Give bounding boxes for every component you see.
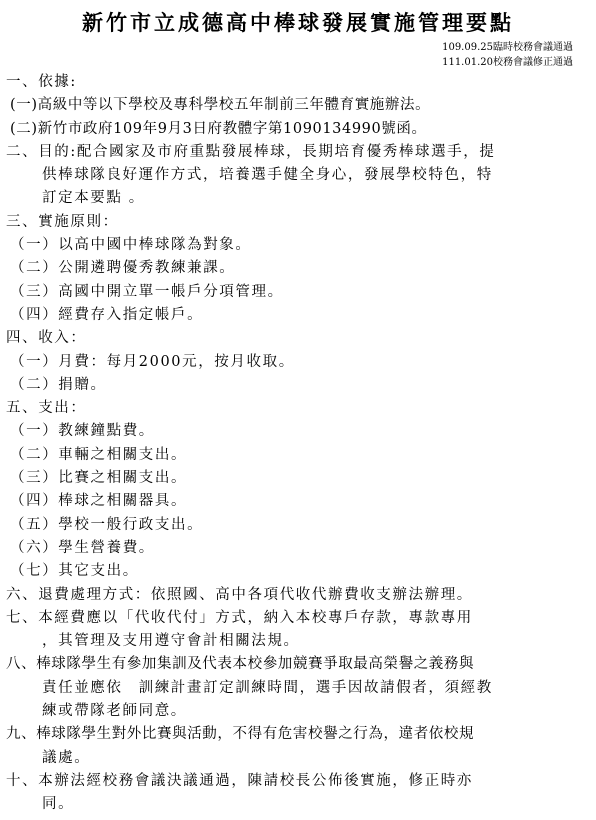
- section-2-purpose-cont-1: 供棒球隊良好運作方式，培養選手健全身心，發展學校特色，特: [6, 164, 586, 187]
- section-4-heading: 四、收入：: [6, 327, 586, 350]
- document-page: 新竹市立成德高中棒球發展實施管理要點 109.09.25臨時校務會議通過 111…: [0, 0, 596, 820]
- approval-date-2: 111.01.20校務會議修正通過: [442, 56, 573, 70]
- principle-item-1: （一）以高中國中棒球隊為對象。: [6, 234, 586, 257]
- income-item-1: （一）月費：每月2000元，按月收取。: [6, 351, 586, 374]
- section-10-enactment-cont: 同。: [6, 793, 586, 816]
- section-2-purpose-cont-2: 訂定本要點 。: [6, 187, 586, 210]
- section-8-duties-cont-1: 責任並應依 訓練計畫訂定訓練時間，選手因故請假者，須經教: [6, 677, 586, 700]
- principle-item-4: （四）經費存入指定帳戶。: [6, 304, 586, 327]
- expense-item-3: （三）比賽之相關支出。: [6, 467, 586, 490]
- expense-item-2: （二）車輛之相關支出。: [6, 444, 586, 467]
- section-1-heading: 一、依據:: [6, 71, 586, 94]
- principle-item-3: （三）高國中開立單一帳戶分項管理。: [6, 281, 586, 304]
- expense-item-5: （五）學校一般行政支出。: [6, 514, 586, 537]
- income-item-2: （二）捐贈。: [6, 374, 586, 397]
- document-body: 一、依據: (一)高級中等以下學校及專科學校五年制前三年體育實施辦法。 (二)新…: [6, 71, 586, 817]
- expense-item-4: （四）棒球之相關器具。: [6, 490, 586, 513]
- section-8-duties: 八、棒球隊學生有參加集訓及代表本校參加競賽爭取最高榮譽之義務與: [6, 653, 586, 676]
- section-8-duties-cont-2: 練或帶隊老師同意。: [6, 700, 586, 723]
- section-7-funds-cont: ，其管理及支用遵守會計相關法規。: [6, 630, 586, 653]
- section-7-funds: 七、本經費應以「代收代付」方式，納入本校專戶存款，專款專用: [6, 607, 586, 630]
- section-9-conduct: 九、棒球隊學生對外比賽與活動，不得有危害校譽之行為，違者依校規: [6, 723, 586, 746]
- expense-item-1: （一）教練鐘點費。: [6, 420, 586, 443]
- expense-item-7: （七）其它支出。: [6, 560, 586, 583]
- section-9-conduct-cont: 議處。: [6, 747, 586, 770]
- basis-item-2: (二)新竹市政府109年9月3日府教體字第1090134990號函。: [6, 118, 586, 141]
- section-10-enactment: 十、本辦法經校務會議決議通過，陳請校長公佈後實施，修正時亦: [6, 770, 586, 793]
- section-2-purpose: 二、目的:配合國家及市府重點發展棒球，長期培育優秀棒球選手，提: [6, 141, 586, 164]
- section-3-heading: 三、實施原則：: [6, 211, 586, 234]
- principle-item-2: （二）公開遴聘優秀教練兼課。: [6, 257, 586, 280]
- approval-date-1: 109.09.25臨時校務會議通過: [442, 41, 573, 55]
- basis-item-1: (一)高級中等以下學校及專科學校五年制前三年體育實施辦法。: [6, 94, 586, 117]
- expense-item-6: （六）學生營養費。: [6, 537, 586, 560]
- section-5-heading: 五、支出：: [6, 397, 586, 420]
- document-title: 新竹市立成德高中棒球發展實施管理要點: [0, 9, 596, 37]
- section-6-refund: 六、退費處理方式：依照國、高中各項代收代辦費收支辦法辦理。: [6, 584, 586, 607]
